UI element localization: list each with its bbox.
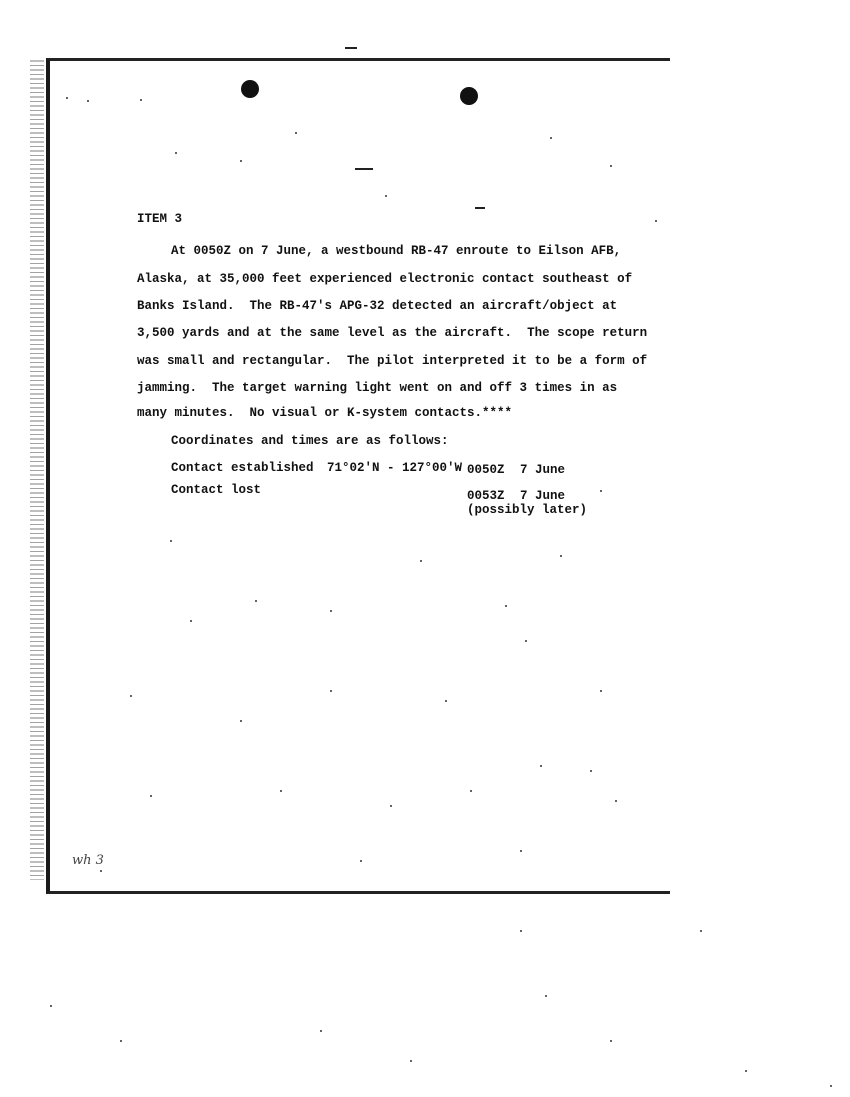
speck <box>410 1060 412 1062</box>
speck <box>330 690 332 692</box>
speck <box>280 790 282 792</box>
scan-mark <box>345 47 357 49</box>
speck <box>170 540 172 542</box>
speck <box>100 870 102 872</box>
speck <box>700 930 702 932</box>
speck <box>150 795 152 797</box>
scan-mark <box>355 168 373 170</box>
speck <box>610 165 612 167</box>
speck <box>87 100 89 102</box>
paragraph-line: At 0050Z on 7 June, a westbound RB-47 en… <box>171 244 621 258</box>
scan-edge-noise <box>30 60 44 880</box>
speck <box>175 152 177 154</box>
item-heading: ITEM 3 <box>137 212 182 226</box>
speck <box>120 1040 122 1042</box>
speck <box>470 790 472 792</box>
speck <box>240 160 242 162</box>
speck <box>360 860 362 862</box>
speck <box>240 720 242 722</box>
speck <box>540 765 542 767</box>
contact-note: (possibly later) <box>467 503 587 517</box>
speck <box>385 195 387 197</box>
speck <box>50 1005 52 1007</box>
speck <box>520 850 522 852</box>
speck <box>66 97 68 99</box>
contact-date: 7 June <box>520 463 565 477</box>
scan-mark <box>475 207 485 209</box>
paragraph-line: 3,500 yards and at the same level as the… <box>137 326 647 340</box>
contact-date: 7 June <box>520 489 565 503</box>
speck <box>255 600 257 602</box>
speck <box>600 490 602 492</box>
speck <box>330 610 332 612</box>
speck <box>545 995 547 997</box>
contact-label: Contact established <box>171 461 314 475</box>
speck <box>190 620 192 622</box>
contact-position: 71°02'N - 127°00'W <box>327 461 462 475</box>
speck <box>505 605 507 607</box>
speck <box>655 220 657 222</box>
contact-time: 0050Z <box>467 463 505 477</box>
speck <box>130 695 132 697</box>
paragraph-line: many minutes. No visual or K-system cont… <box>137 406 512 420</box>
speck <box>610 1040 612 1042</box>
page-frame <box>46 58 670 894</box>
speck <box>520 930 522 932</box>
coordinates-intro: Coordinates and times are as follows: <box>171 434 449 448</box>
speck <box>745 1070 747 1072</box>
speck <box>140 99 142 101</box>
speck <box>600 690 602 692</box>
speck <box>560 555 562 557</box>
contact-label: Contact lost <box>171 483 261 497</box>
speck <box>390 805 392 807</box>
paragraph-line: Banks Island. The RB-47's APG-32 detecte… <box>137 299 617 313</box>
speck <box>445 700 447 702</box>
paragraph-line: was small and rectangular. The pilot int… <box>137 354 647 368</box>
speck <box>525 640 527 642</box>
punch-hole-right <box>460 87 478 105</box>
handwritten-mark: wh 3 <box>72 853 104 868</box>
speck <box>830 1085 832 1087</box>
speck <box>550 137 552 139</box>
speck <box>590 770 592 772</box>
speck <box>420 560 422 562</box>
speck <box>615 800 617 802</box>
contact-time: 0053Z <box>467 489 505 503</box>
punch-hole-left <box>241 80 259 98</box>
paragraph-line: jamming. The target warning light went o… <box>137 381 617 395</box>
paragraph-line: Alaska, at 35,000 feet experienced elect… <box>137 272 632 286</box>
speck <box>320 1030 322 1032</box>
speck <box>295 132 297 134</box>
